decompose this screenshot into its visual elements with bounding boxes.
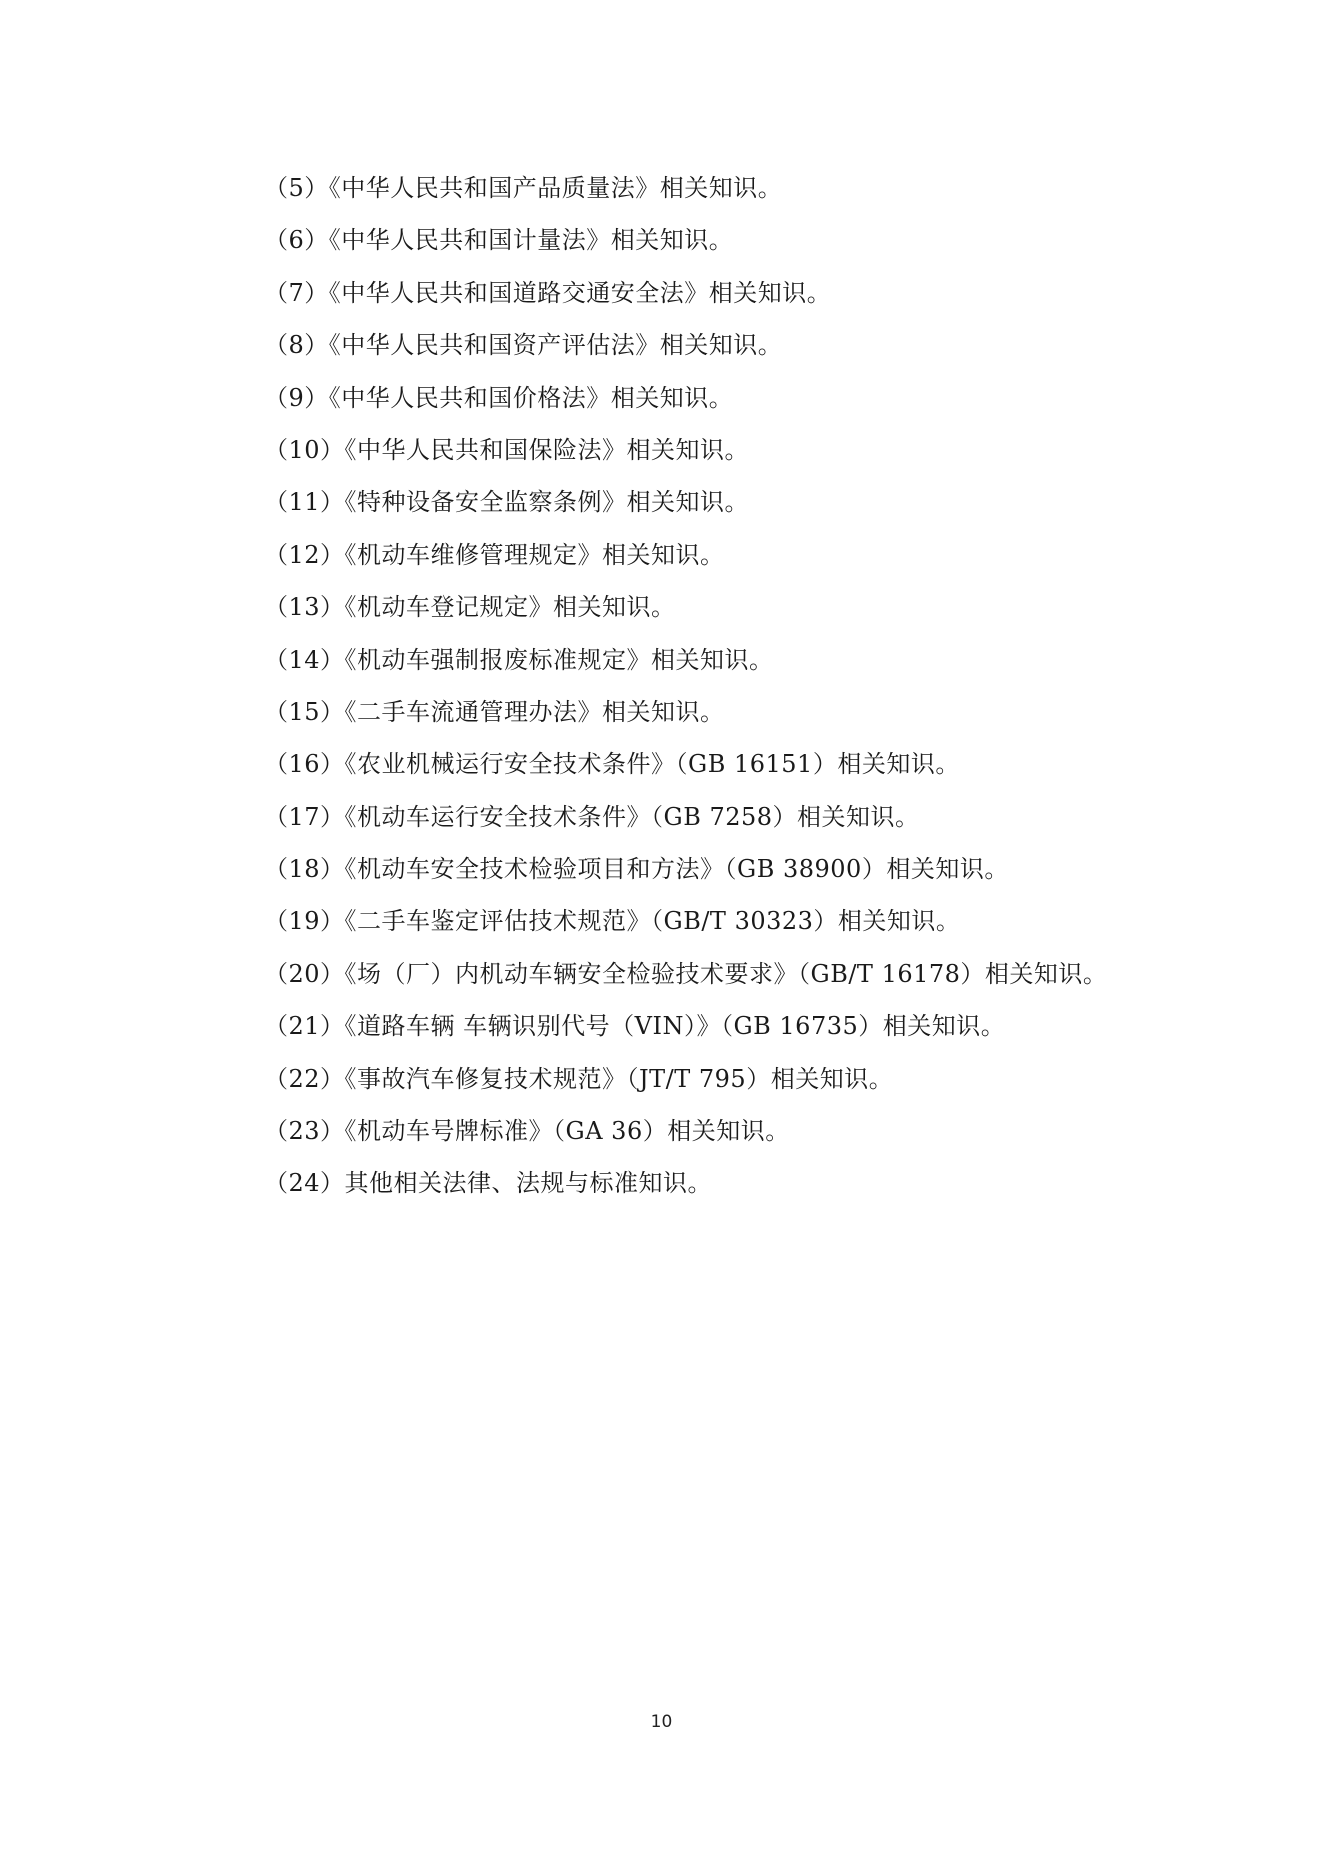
- list-item: （5）《中华人民共和国产品质量法》相关知识。: [264, 168, 1107, 220]
- list-item: （6）《中华人民共和国计量法》相关知识。: [264, 220, 1107, 272]
- list-item: （7）《中华人民共和国道路交通安全法》相关知识。: [264, 273, 1107, 325]
- list-item: （8）《中华人民共和国资产评估法》相关知识。: [264, 325, 1107, 377]
- list-item: （21）《道路车辆 车辆识别代号（VIN）》（GB 16735）相关知识。: [264, 1006, 1107, 1058]
- list-item: （12）《机动车维修管理规定》相关知识。: [264, 535, 1107, 587]
- list-item: （22）《事故汽车修复技术规范》（JT/T 795）相关知识。: [264, 1059, 1107, 1111]
- list-item: （11）《特种设备安全监察条例》相关知识。: [264, 482, 1107, 534]
- knowledge-list: （5）《中华人民共和国产品质量法》相关知识。 （6）《中华人民共和国计量法》相关…: [264, 168, 1107, 1216]
- list-item: （23）《机动车号牌标准》（GA 36）相关知识。: [264, 1111, 1107, 1163]
- list-item: （15）《二手车流通管理办法》相关知识。: [264, 692, 1107, 744]
- list-item: （20）《场（厂）内机动车辆安全检验技术要求》（GB/T 16178）相关知识。: [264, 954, 1107, 1006]
- list-item: （17）《机动车运行安全技术条件》（GB 7258）相关知识。: [264, 797, 1107, 849]
- list-item: （9）《中华人民共和国价格法》相关知识。: [264, 378, 1107, 430]
- list-item: （18）《机动车安全技术检验项目和方法》（GB 38900）相关知识。: [264, 849, 1107, 901]
- list-item: （14）《机动车强制报废标准规定》相关知识。: [264, 640, 1107, 692]
- document-page: （5）《中华人民共和国产品质量法》相关知识。 （6）《中华人民共和国计量法》相关…: [0, 0, 1323, 1871]
- list-item: （13）《机动车登记规定》相关知识。: [264, 587, 1107, 639]
- list-item: （19）《二手车鉴定评估技术规范》（GB/T 30323）相关知识。: [264, 901, 1107, 953]
- list-item: （10）《中华人民共和国保险法》相关知识。: [264, 430, 1107, 482]
- page-number: 10: [0, 1712, 1323, 1732]
- list-item: （16）《农业机械运行安全技术条件》（GB 16151）相关知识。: [264, 744, 1107, 796]
- list-item: （24）其他相关法律、法规与标准知识。: [264, 1163, 1107, 1215]
